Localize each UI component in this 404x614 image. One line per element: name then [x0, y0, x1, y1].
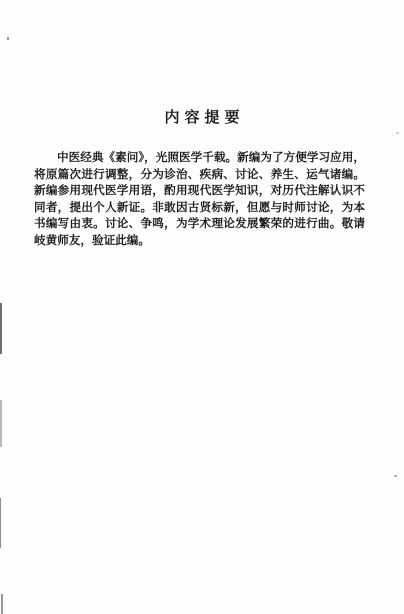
- scan-scratch-left-2: [0, 400, 2, 447]
- summary-line-1: 中医经典《素问》，光照医学千载。新编为了方便学习应用，: [34, 150, 365, 167]
- summary-line-5: 书编写由衷。讨论、争鸣，为学术理论发展繁荣的进行曲。敬请: [34, 216, 365, 233]
- scan-speck-topleft: [7, 37, 9, 40]
- book-page: 内容提要 中医经典《素问》，光照医学千载。新编为了方便学习应用， 将原篇次进行调…: [0, 0, 404, 614]
- scan-speck-right-upper: [396, 132, 399, 134]
- summary-line-4: 同者，提出个人新证。非敢因古贤标新，但愿与时师讨论，为本: [34, 200, 365, 217]
- summary-line-3: 新编参用现代医学用语，酌用现代医学知识，对历代注解认识不: [34, 183, 365, 200]
- summary-paragraph: 中医经典《素问》，光照医学千载。新编为了方便学习应用， 将原篇次进行调整，分为诊…: [34, 150, 365, 249]
- page-title: 内容提要: [0, 106, 404, 127]
- scan-scratch-left-4: [1, 594, 3, 614]
- scan-scratch-left-3: [0, 498, 1, 548]
- scan-speck-right-lower: [394, 475, 397, 477]
- scan-scratch-left-1: [0, 303, 2, 354]
- summary-line-2: 将原篇次进行调整，分为诊治、疾病、讨论、养生、运气诸编。: [34, 167, 365, 184]
- summary-line-6: 岐黄师友，验证此编。: [34, 233, 365, 250]
